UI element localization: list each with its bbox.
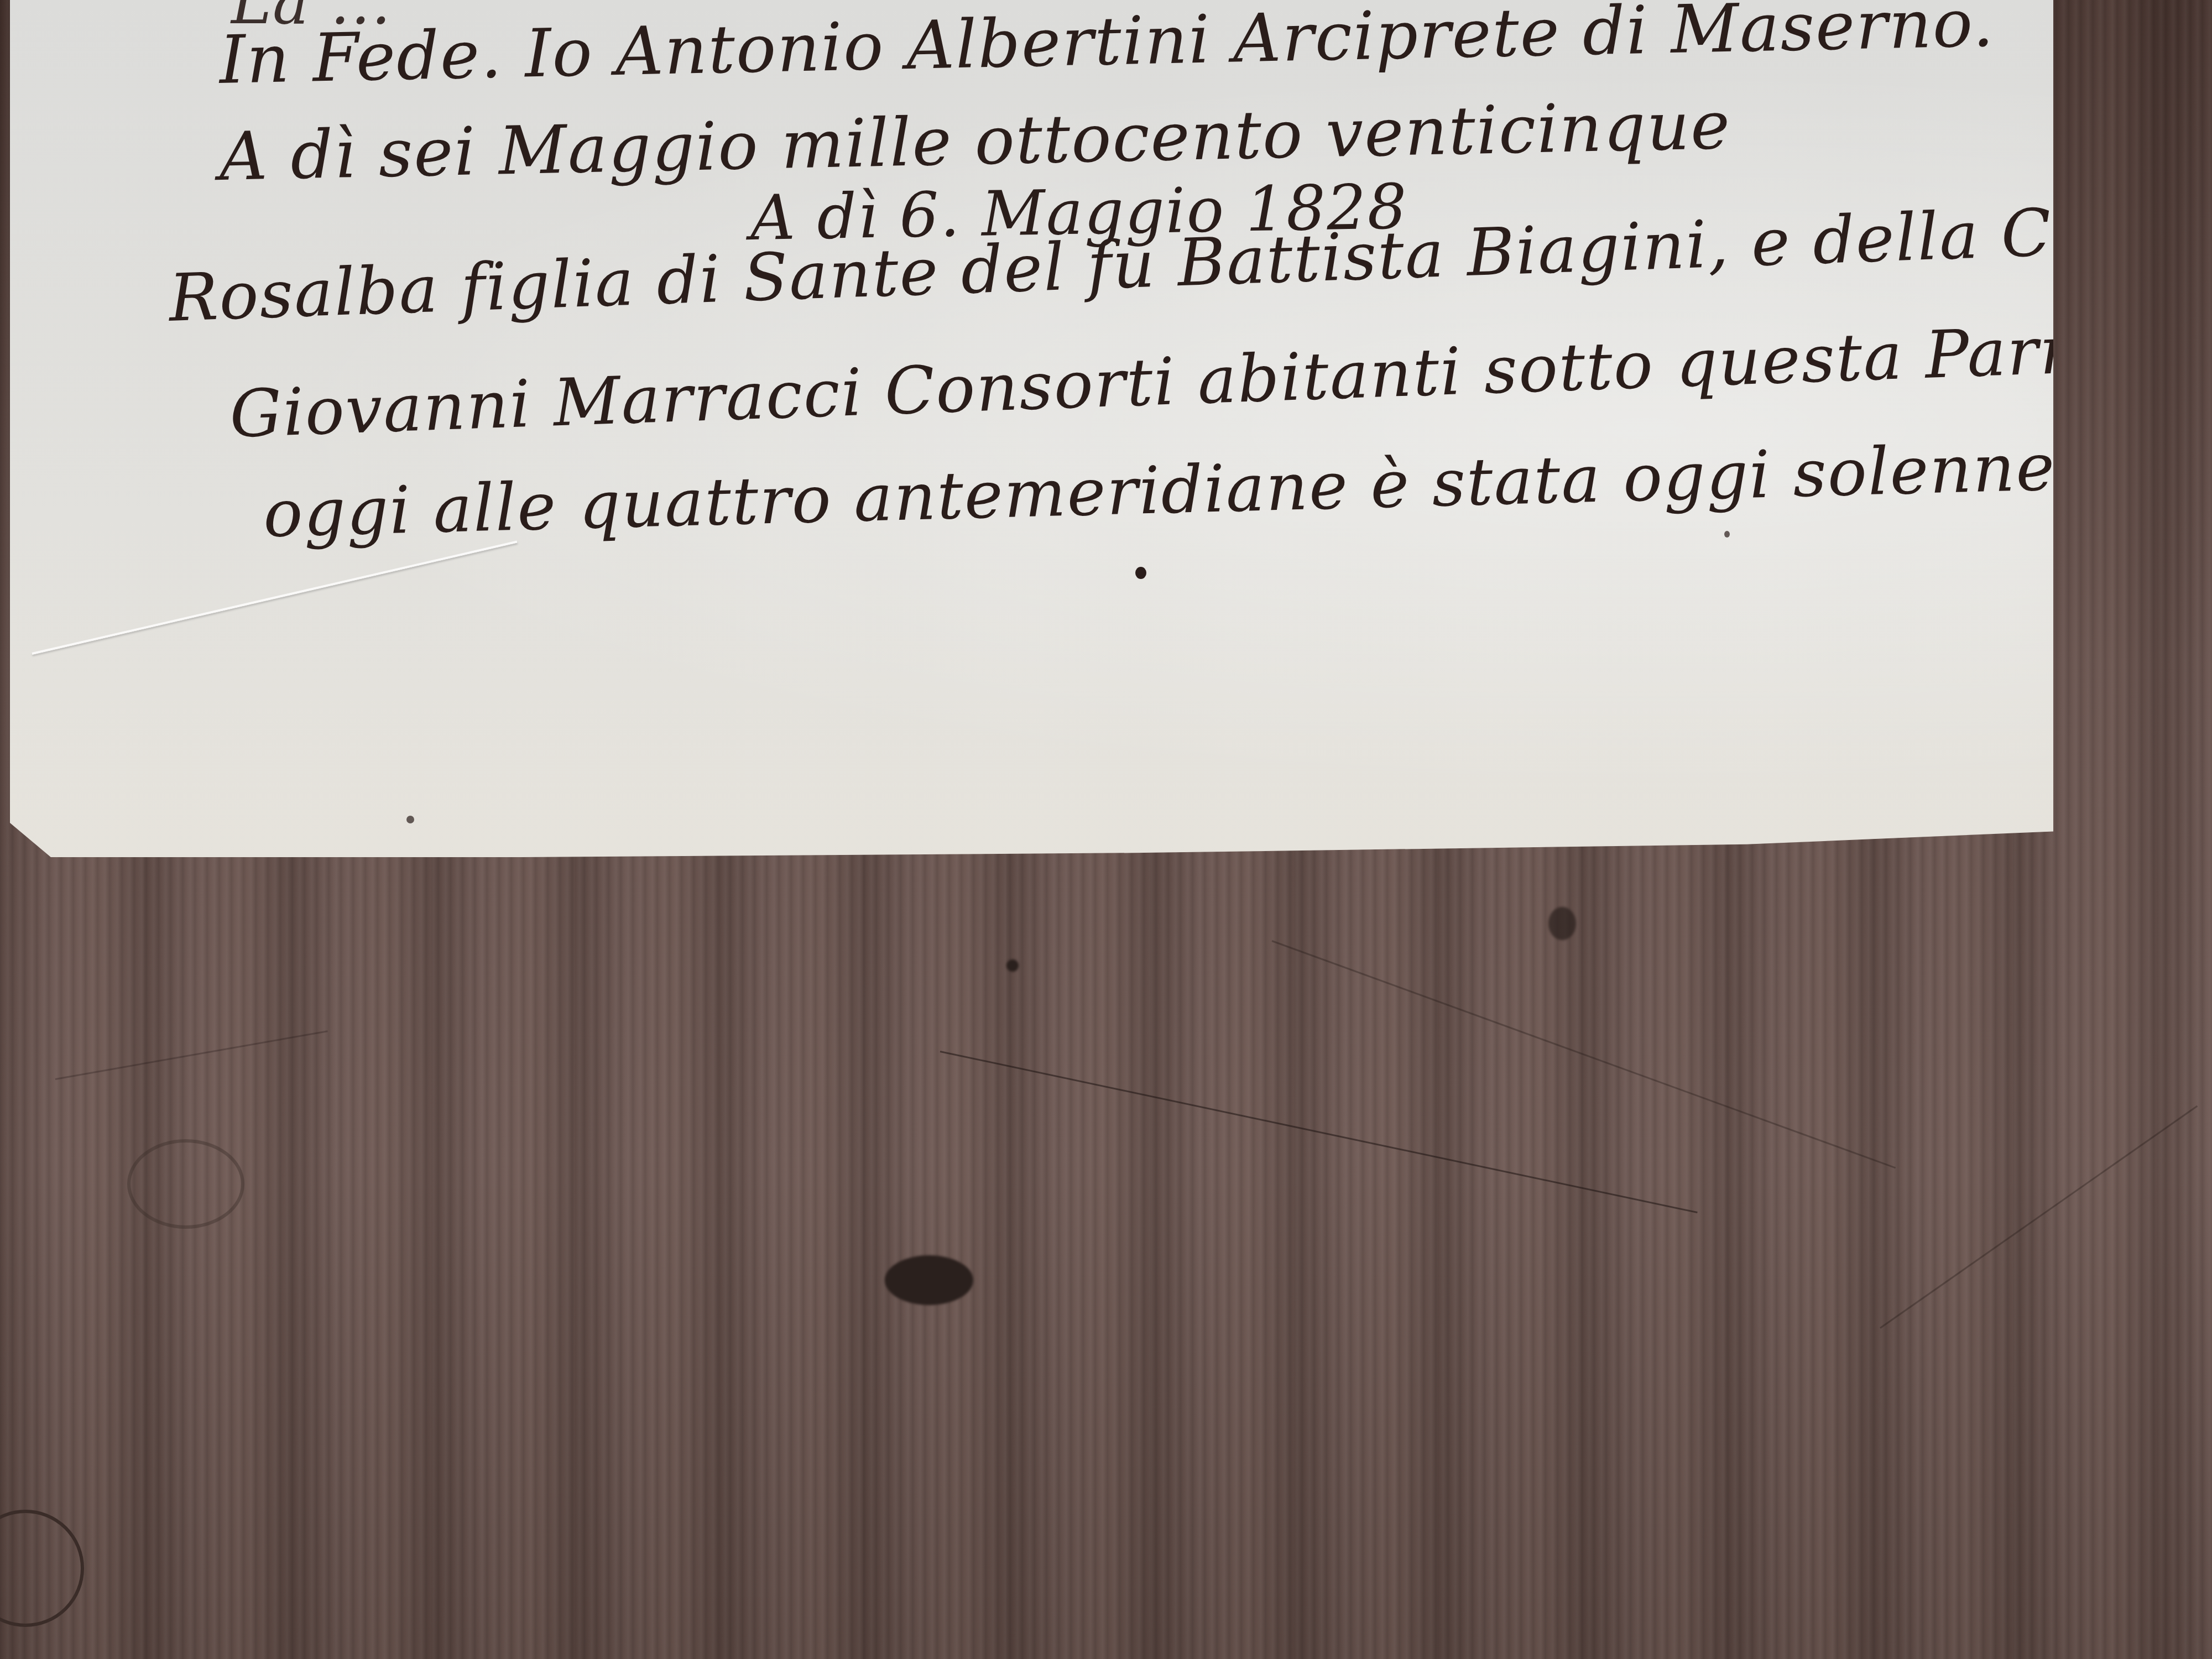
paper-crease	[32, 541, 518, 655]
ink-blot	[885, 1255, 973, 1305]
ink-blot	[1548, 907, 1576, 940]
ink-blot	[1006, 959, 1019, 972]
ink-dot	[1724, 531, 1730, 538]
wood-ring-mark	[127, 1139, 244, 1229]
ink-dot	[1135, 567, 1146, 579]
document-paper: La ... In Fede. Io Antonio Albertini Arc…	[10, 0, 2053, 857]
text-line-signature: In Fede. Io Antonio Albertini Arciprete …	[218, 0, 1995, 99]
ink-dot	[406, 816, 414, 823]
